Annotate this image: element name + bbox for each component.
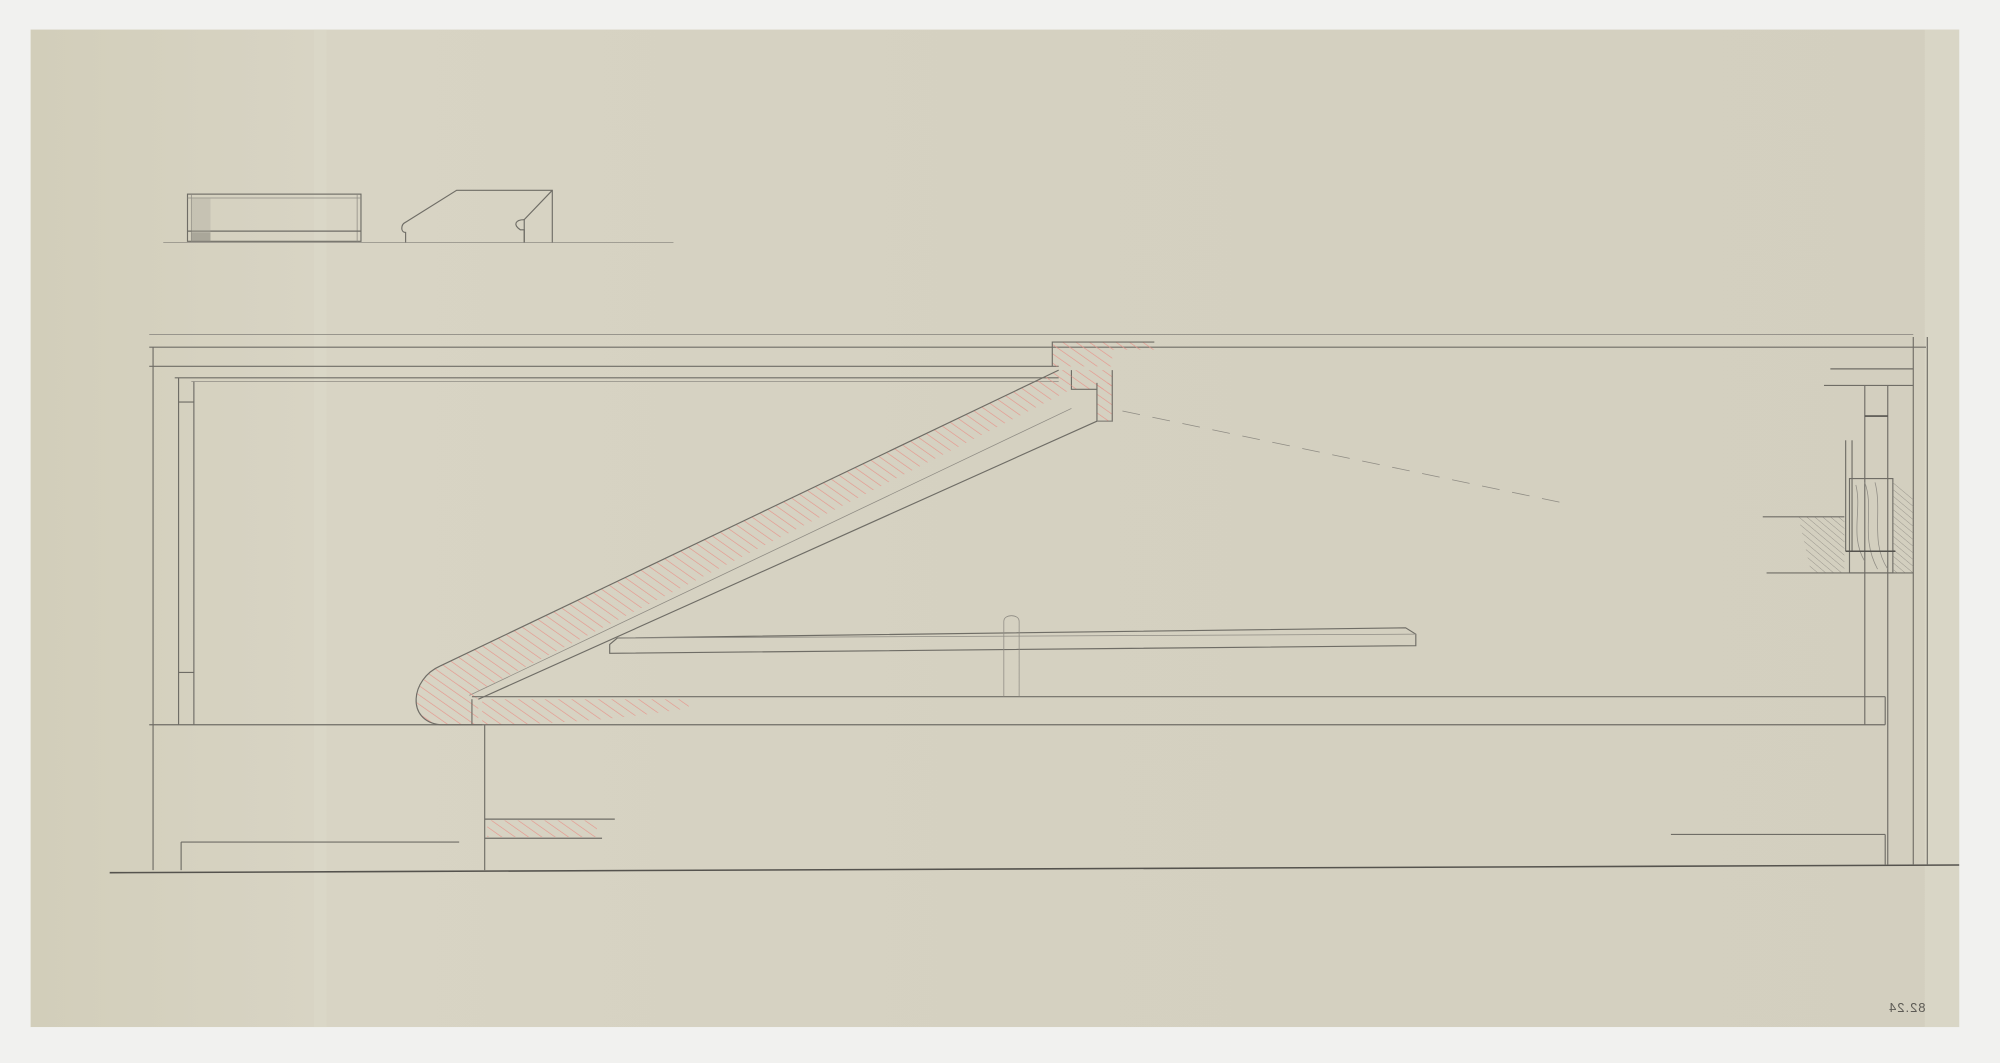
sheet-number: 82.24 <box>1888 1000 1926 1015</box>
drawing-canvas <box>0 0 2000 1063</box>
tracing-paper-sheet: 82.24 <box>0 0 2000 1063</box>
